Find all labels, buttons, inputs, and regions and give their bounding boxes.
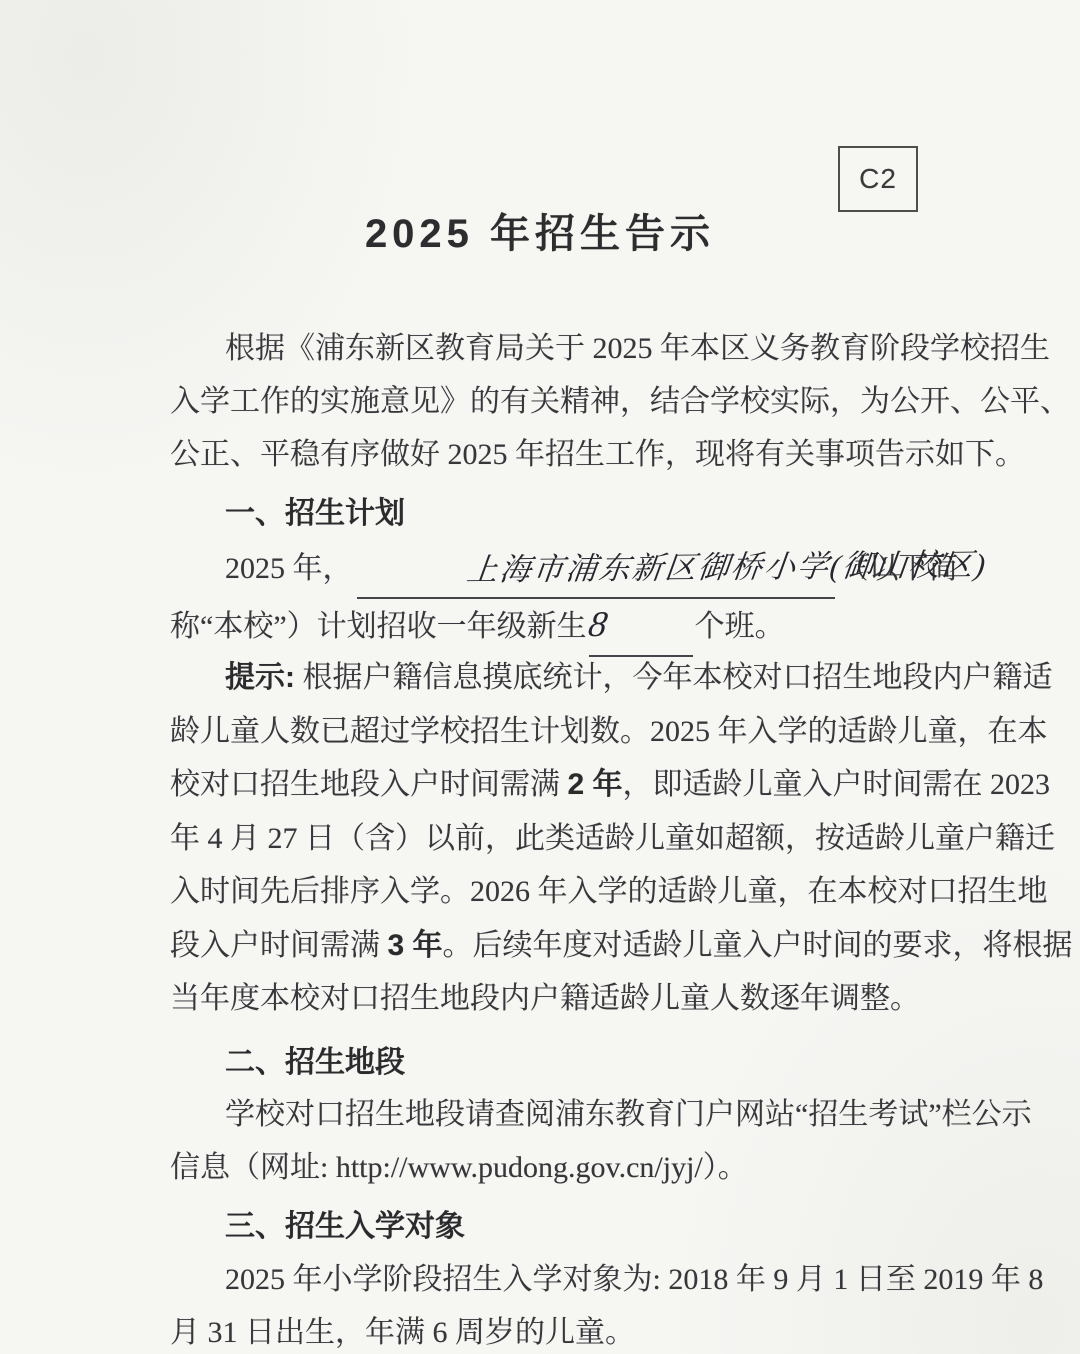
scanned-document-page: C2 2025 年招生告示 根据《浦东新区教育局关于 2025 年本区义务教育阶…	[0, 0, 1080, 1354]
tip-line-2: 龄儿童人数已超过学校招生计划数。2025 年入学的适龄儿童，在本	[170, 705, 907, 759]
section3-paragraph: 2025 年小学阶段招生入学对象为: 2018 年 9 月 1 日至 2019 …	[170, 1253, 907, 1354]
intro-line-2: 入学工作的实施意见》的有关精神，结合学校实际，为公开、公平、	[170, 375, 907, 428]
tip-line3-post: ，即适龄儿童入户时间需在 2023	[623, 768, 1051, 801]
tip-line6-pre: 段入户时间需满	[170, 929, 388, 962]
plan-line-2: 称“本校”）计划招收一年级新生8个班。	[170, 599, 907, 657]
class-count-handwritten: 8	[586, 605, 610, 643]
school-name-blank: 上海市浦东新区御桥小学(御山校区)	[357, 541, 835, 599]
section2-line-2: 信息（网址: http://www.pudong.gov.cn/jyj/）。	[170, 1141, 907, 1194]
class-count-blank: 8	[589, 599, 693, 657]
tip-line3-pre: 校对口招生地段入户时间需满	[170, 768, 568, 801]
tip-line-3: 校对口招生地段入户时间需满 2 年，即适龄儿童入户时间需在 2023	[170, 758, 907, 812]
section3-heading: 三、招生入学对象	[225, 1202, 465, 1252]
plan-line-1: 2025 年，上海市浦东新区御桥小学(御山校区)（以下简	[170, 541, 907, 599]
tip-line6-bold: 3 年	[388, 929, 443, 962]
section1-heading: 一、招生计划	[225, 489, 405, 539]
intro-paragraph: 根据《浦东新区教育局关于 2025 年本区义务教育阶段学校招生 入学工作的实施意…	[170, 322, 907, 481]
document-title: 2025 年招生告示	[0, 202, 1080, 259]
school-name-handwritten: 上海市浦东新区御桥小学(御山校区)	[409, 545, 989, 591]
tip-line3-bold: 2 年	[568, 768, 623, 801]
tip-line-5: 入时间先后排序入学。2026 年入学的适龄儿童，在本校对口招生地	[170, 865, 907, 919]
section2-paragraph: 学校对口招生地段请查阅浦东教育门户网站“招生考试”栏公示 信息（网址: http…	[170, 1088, 907, 1194]
tip-line-1: 提示: 根据户籍信息摸底统计，今年本校对口招生地段内户籍适	[170, 651, 907, 705]
tip-paragraph: 提示: 根据户籍信息摸底统计，今年本校对口招生地段内户籍适 龄儿童人数已超过学校…	[170, 651, 907, 1026]
tip-line-4: 年 4 月 27 日（含）以前，此类适龄儿童如超额，按适龄儿童户籍迁	[170, 812, 907, 866]
section3-line-1: 2025 年小学阶段招生入学对象为: 2018 年 9 月 1 日至 2019 …	[170, 1253, 907, 1306]
plan-line1-prefix: 2025 年，	[225, 552, 353, 585]
intro-line-3: 公正、平稳有序做好 2025 年招生工作，现将有关事项告示如下。	[170, 428, 907, 481]
corner-code-label: C2	[859, 163, 897, 195]
plan-line2-prefix: 称“本校”）计划招收一年级新生	[170, 610, 587, 643]
tip-line6-post: 。后续年度对适龄儿童入户时间的要求，将根据	[443, 929, 1073, 962]
section2-heading: 二、招生地段	[225, 1038, 405, 1088]
tip-line-7: 当年度本校对口招生地段内户籍适龄儿童人数逐年调整。	[170, 972, 907, 1026]
intro-line-1: 根据《浦东新区教育局关于 2025 年本区义务教育阶段学校招生	[170, 322, 907, 375]
section3-line-2: 月 31 日出生，年满 6 周岁的儿童。	[170, 1306, 907, 1354]
tip-line-6: 段入户时间需满 3 年。后续年度对适龄儿童入户时间的要求，将根据	[170, 919, 907, 973]
section2-line-1: 学校对口招生地段请查阅浦东教育门户网站“招生考试”栏公示	[170, 1088, 907, 1141]
plan-line2-suffix: 个班。	[695, 610, 785, 643]
tip-line1-text: 根据户籍信息摸底统计，今年本校对口招生地段内户籍适	[295, 661, 1053, 694]
plan-paragraph: 2025 年，上海市浦东新区御桥小学(御山校区)（以下简 称“本校”）计划招收一…	[170, 541, 907, 657]
tip-bold-label: 提示:	[225, 661, 295, 694]
